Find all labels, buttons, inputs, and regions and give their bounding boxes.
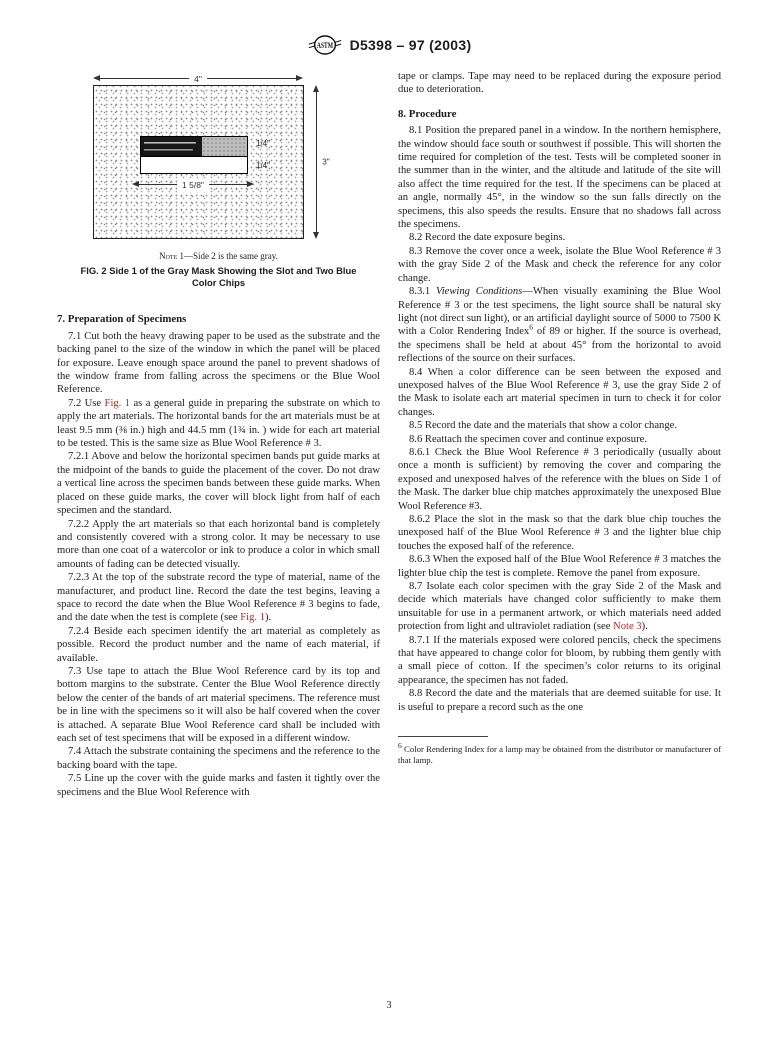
text-run: ).	[265, 612, 271, 623]
arrowhead-right-icon	[247, 181, 254, 187]
cross-reference-link[interactable]: Fig. 1	[240, 612, 265, 623]
dark-blue-chip	[141, 137, 202, 156]
text-run: 8.3 Remove the cover once a week, isolat…	[398, 246, 721, 284]
paragraph: 8.6.1 Check the Blue Wool Reference # 3 …	[398, 446, 721, 513]
paragraph: 8.6.3 When the exposed half of the Blue …	[398, 553, 721, 580]
paragraph: 7.2.4 Beside each specimen identify the …	[57, 625, 380, 665]
footnote-rule	[398, 736, 488, 737]
text-run: 7.2.1 Above and below the horizontal spe…	[57, 451, 380, 516]
paragraph: 8.1 Position the prepared panel in a win…	[398, 124, 721, 231]
text-run: 8.6.1 Check the Blue Wool Reference # 3 …	[398, 447, 721, 512]
figure-note: Note 1—Side 2 is the same gray.	[57, 250, 380, 263]
paragraph: 8.3.1 Viewing Conditions—When visually e…	[398, 285, 721, 365]
text-run: 8.6.2 Place the slot in the mask so that…	[398, 514, 721, 552]
text-run: 8.1 Position the prepared panel in a win…	[398, 125, 721, 230]
section-8-body: 8.1 Position the prepared panel in a win…	[398, 124, 721, 714]
note-text: —Side 2 is the same gray.	[184, 251, 278, 261]
dimension-label-height: 3"	[322, 155, 330, 168]
dimension-label-slot: 1/4"	[256, 159, 270, 172]
text-run: 7.2.4 Beside each specimen identify the …	[57, 626, 380, 664]
text-run: 8.5 Record the date and the materials th…	[409, 420, 677, 431]
cross-reference-link[interactable]: Note 3	[613, 621, 642, 632]
svg-text:ASTM: ASTM	[316, 40, 332, 50]
paragraph: 7.2.2 Apply the art materials so that ea…	[57, 518, 380, 572]
text-run: tape or clamps. Tape may need to be repl…	[398, 71, 721, 95]
paragraph: 7.2.1 Above and below the horizontal spe…	[57, 450, 380, 517]
section-7-body: 7.1 Cut both the heavy drawing paper to …	[57, 330, 380, 799]
paragraph: 8.6.2 Place the slot in the mask so that…	[398, 513, 721, 553]
text-run: 7.5 Line up the cover with the guide mar…	[57, 773, 380, 797]
height-dimension: 3"	[313, 85, 329, 239]
arrowhead-left-icon	[132, 181, 139, 187]
text-run: 7.2.2 Apply the art materials so that ea…	[57, 519, 380, 570]
text-run: 8.6.3 When the exposed half of the Blue …	[398, 554, 721, 578]
chips-and-slot: 1/4" 1/4" 1 5/8"	[140, 136, 248, 174]
slot-width-dimension: 1 5/8"	[132, 178, 254, 191]
arrowhead-right-icon	[296, 75, 303, 81]
paragraph: tape or clamps. Tape may need to be repl…	[398, 70, 721, 97]
text-run: 7.2.3 At the top of the substrate record…	[57, 572, 380, 623]
text-run: 8.3.1	[409, 286, 436, 297]
text-run: 8.7 Isolate each color specimen with the…	[398, 581, 721, 632]
paragraph: 7.5 Line up the cover with the guide mar…	[57, 772, 380, 799]
text-run: 8.7.1 If the materials exposed were colo…	[398, 635, 721, 686]
text-run: 8.4 When a color difference can be seen …	[398, 367, 721, 418]
arrowhead-down-icon	[313, 232, 319, 239]
paragraph: 8.3 Remove the cover once a week, isolat…	[398, 245, 721, 285]
note-label: Note 1	[159, 251, 184, 261]
document-page: ASTM D5398 – 97 (2003) 4"	[0, 0, 778, 1041]
text-run: 7.4 Attach the substrate containing the …	[57, 746, 380, 770]
cross-reference-link[interactable]: Fig. 1	[105, 398, 131, 409]
gray-mask-drawing: 1/4" 1/4" 1 5/8"	[93, 85, 304, 239]
dimension-label-slot-width: 1 5/8"	[177, 179, 209, 192]
paragraph: 8.2 Record the date exposure begins.	[398, 231, 721, 244]
section-8-heading: 8. Procedure	[398, 108, 721, 121]
standard-designation: D5398 – 97 (2003)	[350, 37, 472, 53]
figure-image: 4" 1/4" 1/4"	[93, 72, 329, 239]
arrowhead-left-icon	[93, 75, 100, 81]
paragraph: 7.1 Cut both the heavy drawing paper to …	[57, 330, 380, 397]
paragraph: 7.3 Use tape to attach the Blue Wool Ref…	[57, 665, 380, 745]
paragraph: 8.6 Reattach the specimen cover and cont…	[398, 433, 721, 446]
blue-color-chips	[140, 136, 248, 157]
page-body: 4" 1/4" 1/4"	[57, 70, 721, 799]
text-run: 7.2 Use	[68, 398, 105, 409]
mask-slot	[140, 157, 248, 174]
text-run: 7.1 Cut both the heavy drawing paper to …	[57, 331, 380, 396]
light-blue-chip	[202, 137, 247, 156]
page-header: ASTM D5398 – 97 (2003)	[0, 34, 778, 56]
text-run: 8.8 Record the date and the materials th…	[398, 688, 721, 712]
text-run: ).	[642, 621, 648, 632]
left-column: 4" 1/4" 1/4"	[57, 70, 380, 799]
text-run: 8.6 Reattach the specimen cover and cont…	[409, 434, 647, 445]
text-run: 8.2 Record the date exposure begins.	[409, 232, 565, 243]
right-column: tape or clamps. Tape may need to be repl…	[398, 70, 721, 799]
section-7-heading: 7. Preparation of Specimens	[57, 313, 380, 326]
paragraph: 7.2.3 At the top of the substrate record…	[57, 571, 380, 625]
text-run: 7.3 Use tape to attach the Blue Wool Ref…	[57, 666, 380, 744]
figure-caption: FIG. 2 Side 1 of the Gray Mask Showing t…	[73, 265, 365, 289]
page-number: 3	[0, 1000, 778, 1011]
arrowhead-up-icon	[313, 85, 319, 92]
italic-text: Viewing Conditions	[436, 286, 522, 297]
paragraph: 7.4 Attach the substrate containing the …	[57, 745, 380, 772]
paragraph: 8.7 Isolate each color specimen with the…	[398, 580, 721, 634]
dimension-label-chip: 1/4"	[256, 137, 270, 150]
paragraph: 8.7.1 If the materials exposed were colo…	[398, 634, 721, 688]
paragraph: 8.5 Record the date and the materials th…	[398, 419, 721, 432]
figure-2: 4" 1/4" 1/4"	[57, 72, 380, 289]
astm-logo-icon: ASTM	[307, 34, 343, 56]
footnote: 6 Color Rendering Index for a lamp may b…	[398, 736, 721, 766]
paragraph: 8.4 When a color difference can be seen …	[398, 366, 721, 420]
footnote-text: Color Rendering Index for a lamp may be …	[398, 744, 721, 765]
paragraph: 8.8 Record the date and the materials th…	[398, 687, 721, 714]
paragraph: 7.2 Use Fig. 1 as a general guide in pre…	[57, 397, 380, 451]
width-dimension: 4"	[93, 72, 303, 85]
continuation-text: tape or clamps. Tape may need to be repl…	[398, 70, 721, 97]
